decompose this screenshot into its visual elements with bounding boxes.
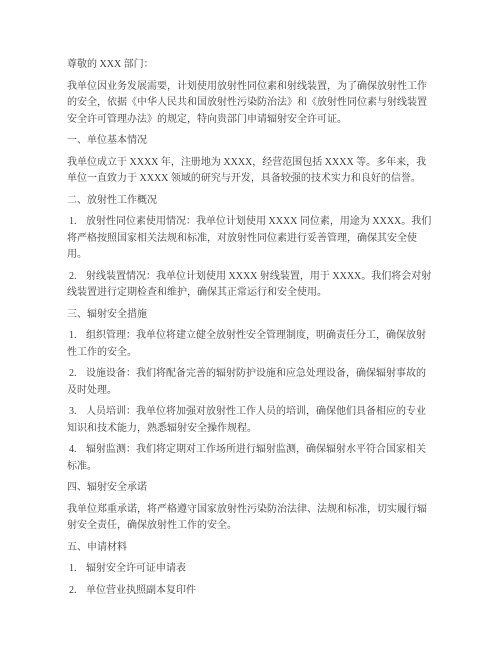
greeting-line: 尊敬的 XXX 部门： [67, 57, 435, 74]
section-heading-safety-measures: 三、辐射安全措施 [67, 307, 435, 324]
section-heading-work-overview: 二、放射性工作概况 [67, 193, 435, 210]
list-item-training: 3.人员培训：我单位将加强对放射性工作人员的培训，确保他们具备相应的专业知识和技… [67, 404, 435, 437]
section-heading-application-materials: 五、申请材料 [67, 540, 435, 557]
list-item-text: 放射性同位素使用情况：我单位计划使用 XXXX 同位素，用途为 XXXX。我们将… [67, 216, 431, 260]
list-item-text: 设施设备：我们将配备完善的辐射防护设施和应急处理设备，确保辐射事故的及时处理。 [67, 368, 426, 396]
list-item-organization: 1.组织管理：我单位将建立健全放射性安全管理制度，明确责任分工，确保放射性工作的… [67, 328, 435, 361]
intro-paragraph: 我单位因业务发展需要，计划使用放射性同位素和射线装置，为了确保放射性工作的安全，… [67, 79, 435, 129]
document-page: 尊敬的 XXX 部门： 我单位因业务发展需要，计划使用放射性同位素和射线装置，为… [0, 0, 502, 649]
list-item-text: 辐射监测：我们将定期对工作场所进行辐射监测，确保辐射水平符合国家相关标准。 [67, 444, 426, 472]
list-item-number: 1. [67, 561, 86, 578]
list-item-number: 1. [67, 214, 86, 231]
paragraph-basic-info: 我单位成立于 XXXX 年，注册地为 XXXX，经营范围包括 XXXX 等。多年… [67, 155, 435, 188]
section-heading-safety-commitment: 四、辐射安全承诺 [67, 480, 435, 497]
list-item-business-license: 2.单位营业执照副本复印件 [67, 583, 435, 600]
list-item-number: 2. [67, 269, 86, 286]
list-item-facilities: 2.设施设备：我们将配备完善的辐射防护设施和应急处理设备，确保辐射事故的及时处理… [67, 366, 435, 399]
list-item-text: 辐射安全许可证申请表 [86, 563, 186, 574]
list-item-text: 组织管理：我单位将建立健全放射性安全管理制度，明确责任分工，确保放射性工作的安全… [67, 330, 426, 358]
list-item-number: 2. [67, 366, 86, 383]
list-item-number: 2. [67, 583, 86, 600]
section-heading-basic-info: 一、单位基本情况 [67, 133, 435, 150]
list-item-ray-device: 2.射线装置情况：我单位计划使用 XXXX 射线装置，用于 XXXX。我们将会对… [67, 269, 435, 302]
list-item-isotope-use: 1.放射性同位素使用情况：我单位计划使用 XXXX 同位素，用途为 XXXX。我… [67, 214, 435, 264]
list-item-number: 4. [67, 442, 86, 459]
list-item-text: 单位营业执照副本复印件 [86, 585, 196, 596]
list-item-text: 射线装置情况：我单位计划使用 XXXX 射线装置，用于 XXXX。我们将会对射线… [67, 271, 431, 299]
list-item-text: 人员培训：我单位将加强对放射性工作人员的培训，确保他们具备相应的专业知识和技术能… [67, 406, 426, 434]
list-item-number: 3. [67, 404, 86, 421]
list-item-application-form: 1.辐射安全许可证申请表 [67, 561, 435, 578]
list-item-monitoring: 4.辐射监测：我们将定期对工作场所进行辐射监测，确保辐射水平符合国家相关标准。 [67, 442, 435, 475]
paragraph-commitment: 我单位郑重承诺，将严格遵守国家放射性污染防治法律、法规和标准，切实履行辐射安全责… [67, 502, 435, 535]
list-item-number: 1. [67, 328, 86, 345]
application-letter: 尊敬的 XXX 部门： 我单位因业务发展需要，计划使用放射性同位素和射线装置，为… [67, 57, 435, 599]
